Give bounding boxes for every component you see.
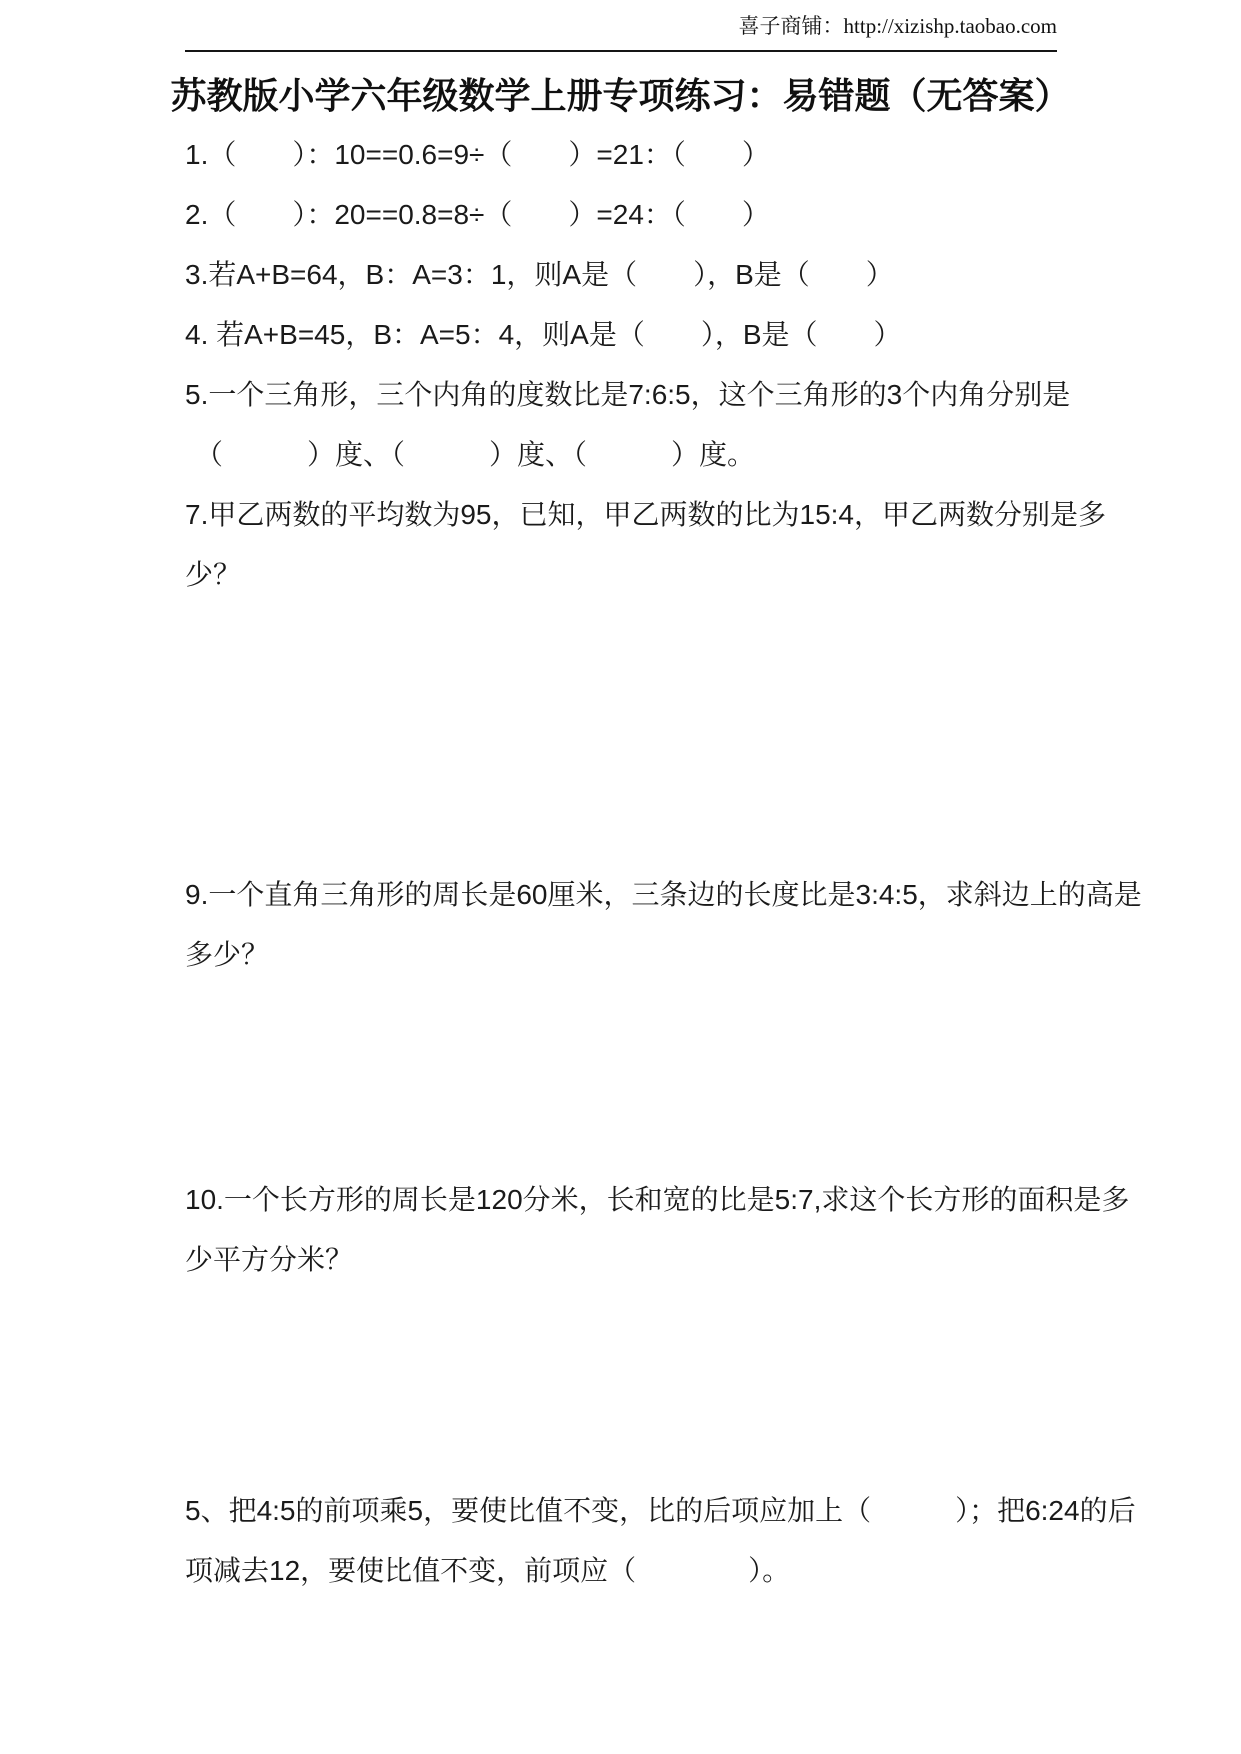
problem-4: 4. 若A+B=45，B：A=5：4，则A是（ ），B是（ ） (185, 305, 1085, 365)
shop-url-text: 喜子商铺：http://xizishp.taobao.com (739, 14, 1057, 38)
problem-line: 9.一个直角三角形的周长是60厘米，三条边的长度比是3:4:5，求斜边上的高是 (185, 865, 1085, 925)
problem-line: 7.甲乙两数的平均数为95，已知，甲乙两数的比为15:4，甲乙两数分别是多 (185, 485, 1085, 545)
problem-10: 10.一个长方形的周长是120分米，长和宽的比是5:7,求这个长方形的面积是多 … (185, 1170, 1085, 1290)
answer-space (185, 1290, 1085, 1481)
problem-line: 3.若A+B=64，B：A=3：1，则A是（ ），B是（ ） (185, 245, 1085, 305)
problem-line: 少？ (185, 545, 1085, 605)
problem-2: 2.（ ）：20==0.8=8÷（ ）=24：（ ） (185, 185, 1085, 245)
problem-7: 7.甲乙两数的平均数为95，已知，甲乙两数的比为15:4，甲乙两数分别是多 少？ (185, 485, 1085, 605)
answer-space (185, 605, 1085, 865)
worksheet-title: 苏教版小学六年级数学上册专项练习：易错题（无答案） (0, 74, 1241, 118)
problem-3: 3.若A+B=64，B：A=3：1，则A是（ ），B是（ ） (185, 245, 1085, 305)
problem-line: 5、把4:5的前项乘5，要使比值不变，比的后项应加上（ ）；把6:24的后 (185, 1481, 1085, 1541)
worksheet-page: 喜子商铺：http://xizishp.taobao.com 苏教版小学六年级数… (0, 0, 1241, 1754)
problem-5-second: 5、把4:5的前项乘5，要使比值不变，比的后项应加上（ ）；把6:24的后 项减… (185, 1481, 1085, 1601)
problem-5: 5.一个三角形，三个内角的度数比是7:6:5，这个三角形的3个内角分别是 （ ）… (185, 365, 1085, 485)
problem-line: （ ）度、（ ）度、（ ）度。 (185, 425, 1085, 485)
problem-line: 多少？ (185, 925, 1085, 985)
problem-line: 1.（ ）：10==0.6=9÷（ ）=21：（ ） (185, 125, 1085, 185)
problem-1: 1.（ ）：10==0.6=9÷（ ）=21：（ ） (185, 125, 1085, 185)
document-header: 喜子商铺：http://xizishp.taobao.com (739, 12, 1057, 40)
problem-line: 5.一个三角形，三个内角的度数比是7:6:5，这个三角形的3个内角分别是 (185, 365, 1085, 425)
problem-list: 1.（ ）：10==0.6=9÷（ ）=21：（ ） 2.（ ）：20==0.8… (185, 125, 1085, 1601)
header-divider (185, 50, 1057, 52)
answer-space (185, 985, 1085, 1170)
problem-line: 2.（ ）：20==0.8=8÷（ ）=24：（ ） (185, 185, 1085, 245)
problem-line: 4. 若A+B=45，B：A=5：4，则A是（ ），B是（ ） (185, 305, 1085, 365)
problem-line: 10.一个长方形的周长是120分米，长和宽的比是5:7,求这个长方形的面积是多 (185, 1170, 1085, 1230)
problem-9: 9.一个直角三角形的周长是60厘米，三条边的长度比是3:4:5，求斜边上的高是 … (185, 865, 1085, 985)
problem-line: 少平方分米？ (185, 1230, 1085, 1290)
problem-line: 项减去12，要使比值不变，前项应（ ）。 (185, 1541, 1085, 1601)
